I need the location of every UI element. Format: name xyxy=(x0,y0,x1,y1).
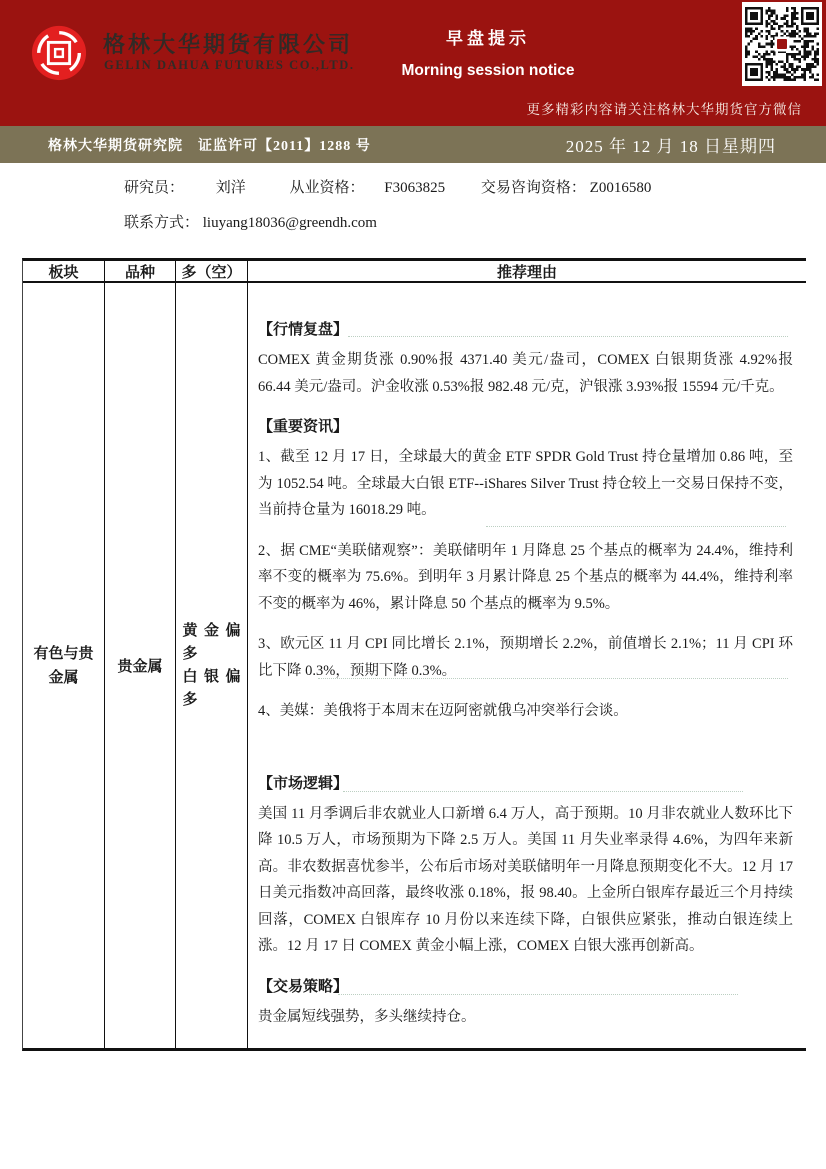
advisory-label: 交易咨询资格： xyxy=(481,180,586,196)
researcher-line-2: 联系方式： liuyang18036@greendh.com xyxy=(124,211,651,235)
company-name-en: GELIN DAHUA FUTURES CO.,LTD. xyxy=(104,58,355,73)
sector-column: 板块 有色与贵金属 xyxy=(23,261,105,1048)
position-silver: 白银偏多 xyxy=(183,666,241,712)
wechat-qr-code xyxy=(742,2,822,86)
sector-cell: 有色与贵金属 xyxy=(23,283,104,1048)
researcher-name: 刘洋 xyxy=(216,180,246,196)
section-key-news-heading: 【重要资讯】 xyxy=(258,414,793,440)
wechat-tagline: 更多精彩内容请关注格林大华期货官方微信 xyxy=(527,98,803,118)
institute-license-label: 格林大华期货研究院 证监许可【2011】1288 号 xyxy=(48,135,371,155)
news-item-2: 2、据 CME“美联储观察”：美联储明年 1 月降息 25 个基点的概率为 24… xyxy=(258,538,793,618)
researcher-block: 研究员： 刘洋 从业资格： F3063825 交易咨询资格： Z0016580 … xyxy=(124,176,651,235)
notice-title-en: Morning session notice xyxy=(372,62,604,80)
news-item-4: 4、美媒：美俄将于本周末在迈阿密就俄乌冲突举行会谈。 xyxy=(258,698,793,725)
dotted-artifact-line xyxy=(343,791,743,792)
variety-value: 贵金属 xyxy=(117,655,162,676)
position-header: 多（空） xyxy=(176,261,247,283)
position-column: 多（空） 黄金偏多 白银偏多 xyxy=(176,261,248,1048)
reason-cell: 【行情复盘】 COMEX 黄金期货涨 0.90%报 4371.40 美元/盎司，… xyxy=(248,283,806,1048)
researcher-line-1: 研究员： 刘洋 从业资格： F3063825 交易咨询资格： Z0016580 xyxy=(124,176,651,200)
logo-emblem-icon xyxy=(30,24,88,82)
dotted-artifact-line xyxy=(486,526,786,527)
contact-email: liuyang18036@greendh.com xyxy=(203,215,377,231)
report-date: 2025 年 12 月 18 日星期四 xyxy=(566,132,776,157)
advisory-number: Z0016580 xyxy=(590,180,652,196)
strategy-paragraph: 贵金属短线强势，多头继续持仓。 xyxy=(258,1004,793,1031)
company-logo-icon xyxy=(30,24,88,82)
sector-value: 有色与贵金属 xyxy=(30,642,98,690)
section-strategy-heading: 【交易策略】 xyxy=(258,974,793,1000)
document-page: 格林大华期货有限公司 GELIN DAHUA FUTURES CO.,LTD. … xyxy=(0,0,826,1169)
news-item-3: 3、欧元区 11 月 CPI 同比增长 2.1%，预期增长 2.2%，前值增长 … xyxy=(258,631,793,684)
dotted-artifact-line xyxy=(338,994,738,995)
reason-header: 推荐理由 xyxy=(248,261,806,283)
variety-cell: 贵金属 xyxy=(105,283,175,1048)
masthead: 格林大华期货有限公司 GELIN DAHUA FUTURES CO.,LTD. … xyxy=(0,0,826,126)
sector-header: 板块 xyxy=(23,261,104,283)
subheader-bar: 格林大华期货研究院 证监许可【2011】1288 号 2025 年 12 月 1… xyxy=(0,126,826,163)
market-review-paragraph: COMEX 黄金期货涨 0.90%报 4371.40 美元/盎司，COMEX 白… xyxy=(258,347,793,400)
position-cell: 黄金偏多 白银偏多 xyxy=(176,283,247,1048)
qualification-label: 从业资格： xyxy=(290,180,365,196)
position-gold: 黄金偏多 xyxy=(183,620,241,666)
section-market-logic-heading: 【市场逻辑】 xyxy=(258,771,793,797)
company-name-cn: 格林大华期货有限公司 xyxy=(103,28,353,59)
dotted-artifact-line xyxy=(348,336,788,337)
market-logic-paragraph: 美国 11 月季调后非农就业人口新增 6.4 万人，高于预期。10 月非农就业人… xyxy=(258,801,793,960)
reason-column: 推荐理由 【行情复盘】 COMEX 黄金期货涨 0.90%报 4371.40 美… xyxy=(248,261,806,1048)
qr-code-icon xyxy=(745,5,819,83)
contact-label: 联系方式： xyxy=(124,215,199,231)
researcher-label: 研究员： xyxy=(124,180,184,196)
variety-header: 品种 xyxy=(105,261,175,283)
notice-title-cn: 早盘提示 xyxy=(372,24,604,49)
news-item-1: 1、截至 12 月 17 日，全球最大的黄金 ETF SPDR Gold Tru… xyxy=(258,444,793,524)
recommendation-table: 板块 有色与贵金属 品种 贵金属 多（空） 黄金偏多 白银偏多 推荐理由 xyxy=(22,258,806,1051)
dotted-artifact-line xyxy=(318,678,788,679)
qualification-number: F3063825 xyxy=(384,180,445,196)
variety-column: 品种 贵金属 xyxy=(105,261,176,1048)
section-market-review-heading: 【行情复盘】 xyxy=(258,317,793,343)
notice-title-block: 早盘提示 Morning session notice xyxy=(372,24,604,80)
